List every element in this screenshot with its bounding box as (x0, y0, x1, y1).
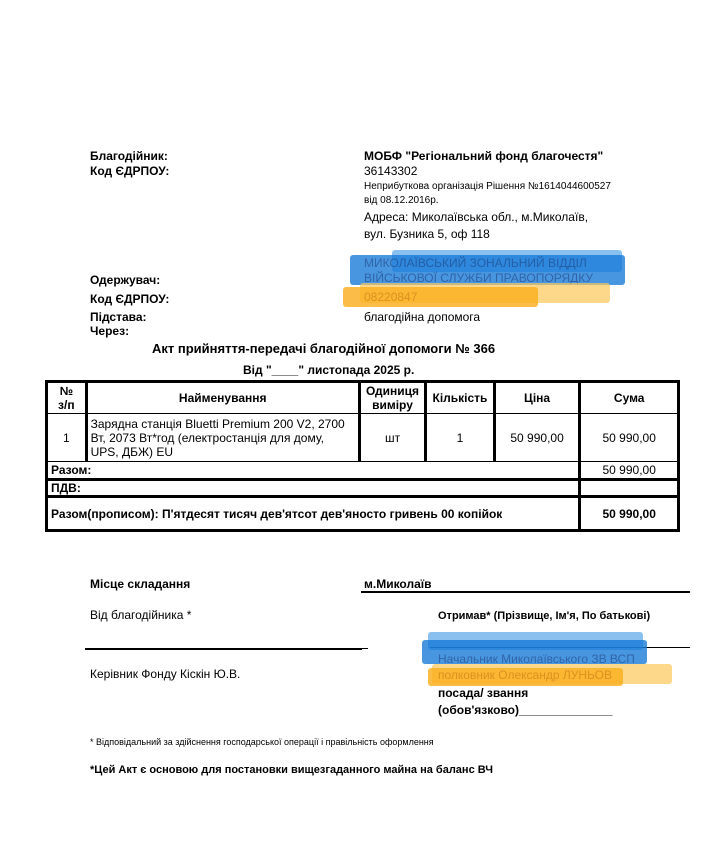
recipient-edrpou: 08220847 (364, 290, 417, 304)
note-small: * Відповідальний за здійснення господарс… (90, 737, 434, 747)
header-name: Найменування (86, 382, 359, 414)
act-title: Акт прийняття-передачі благодійної допом… (152, 341, 495, 356)
signature-line-stub (356, 648, 368, 649)
words-value: 50 990,00 (580, 497, 679, 531)
basis-label: Підстава: (90, 310, 147, 324)
place-label: Місце складання (90, 577, 190, 591)
position-label: посада/ звання (438, 686, 528, 700)
via-label: Через: (90, 324, 129, 338)
donor-address-line1: Адреса: Миколаївська обл., м.Миколаїв, (364, 210, 588, 224)
donor-signatory: Керівник Фонду Кіскін Ю.В. (90, 667, 240, 681)
act-date: Від "____" листопада 2025 р. (243, 363, 414, 377)
row-qty: 1 (426, 414, 494, 462)
header-qty: Кількість (426, 382, 494, 414)
header-unit: Одиниця виміру (359, 382, 425, 414)
received-label: Отримав* (Прізвище, Ім'я, По батькові) (438, 610, 650, 622)
mandatory-label: (обов'язково)______________ (438, 703, 612, 717)
vat-value (580, 480, 679, 497)
total-label: Разом: (47, 462, 580, 480)
total-row: Разом: 50 990,00 (47, 462, 679, 480)
donor-edrpou-label: Код ЄДРПОУ: (90, 164, 169, 178)
header-sum: Сума (580, 382, 679, 414)
header-price: Ціна (494, 382, 580, 414)
note-bold: *Цей Акт є основою для постановки вищезг… (90, 764, 493, 776)
header-no-line2: з/п (51, 398, 82, 412)
recipient-signatory-line2: полковник Олександр ЛУНЬОВ (438, 668, 612, 682)
from-donor-label: Від благодійника * (90, 608, 191, 622)
table-header-row: № з/п Найменування Одиниця виміру Кількі… (47, 382, 679, 414)
donor-status-line2: від 08.12.2016р. (364, 195, 439, 206)
row-no: 1 (47, 414, 87, 462)
donor-signature-line (85, 648, 362, 650)
row-unit: шт (359, 414, 425, 462)
total-value: 50 990,00 (580, 462, 679, 480)
header-no: № з/п (47, 382, 87, 414)
table-row: 1 Зарядна станція Bluetti Premium 200 V2… (47, 414, 679, 462)
words-label: Разом(прописом): П'ятдесят тисяч дев'ятс… (47, 497, 580, 531)
recipient-label: Одержувач: (90, 273, 160, 287)
donor-edrpou: 36143302 (364, 164, 417, 178)
header-unit-line2: виміру (364, 398, 421, 412)
donor-name: МОБФ "Регіональний фонд благочестя" (364, 149, 603, 163)
words-row: Разом(прописом): П'ятдесят тисяч дев'ятс… (47, 497, 679, 531)
place-value: м.Миколаїв (364, 577, 432, 591)
vat-label: ПДВ: (47, 480, 580, 497)
donor-label: Благодійник: (90, 149, 168, 163)
donor-status-line1: Неприбуткова організація Рішення №161404… (364, 181, 611, 192)
items-table: № з/п Найменування Одиниця виміру Кількі… (45, 380, 680, 532)
row-price: 50 990,00 (494, 414, 580, 462)
vat-row: ПДВ: (47, 480, 679, 497)
donor-address-line2: вул. Бузника 5, оф 118 (364, 227, 490, 241)
header-no-line1: № (51, 384, 82, 398)
place-underline (361, 591, 690, 593)
row-name: Зарядна станція Bluetti Premium 200 V2, … (86, 414, 359, 462)
basis-value: благодійна допомога (364, 310, 480, 324)
header-unit-line1: Одиниця (364, 384, 421, 398)
recipient-name-line1: МИКОЛАЇВСЬКИЙ ЗОНАЛЬНИЙ ВІДДІЛ (364, 256, 587, 270)
row-sum: 50 990,00 (580, 414, 679, 462)
recipient-edrpou-label: Код ЄДРПОУ: (90, 292, 169, 306)
